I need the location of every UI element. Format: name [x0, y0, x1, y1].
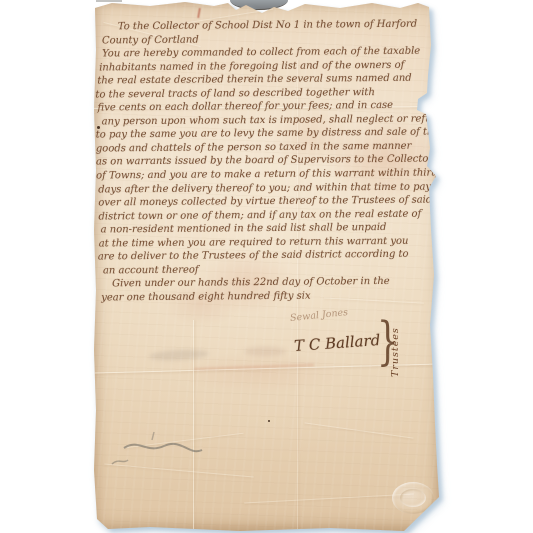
paper-shadow-wrapper: To the Collector of School Dist No 1 in … [0, 0, 533, 533]
red-mark [197, 8, 201, 18]
embossed-seal-inner [400, 489, 426, 507]
faint-signature: Sewal Jones [290, 307, 349, 324]
scanned-document-photo: To the Collector of School Dist No 1 in … [0, 0, 533, 533]
primary-signature: T C Ballard [293, 331, 380, 355]
ink-bleed-smudge [149, 348, 209, 361]
embossed-seal [392, 482, 434, 514]
trustees-vertical-label: Trustees [390, 315, 401, 377]
manuscript-lines: To the Collector of School Dist No 1 in … [95, 18, 435, 305]
ink-bleed-smudge [244, 347, 286, 356]
wrinkle-crease [304, 422, 413, 438]
manuscript-line: year one thousand eight hundred fifty si… [97, 288, 435, 304]
aged-paper: To the Collector of School Dist No 1 in … [94, 0, 440, 532]
pencil-smudge [94, 420, 294, 500]
